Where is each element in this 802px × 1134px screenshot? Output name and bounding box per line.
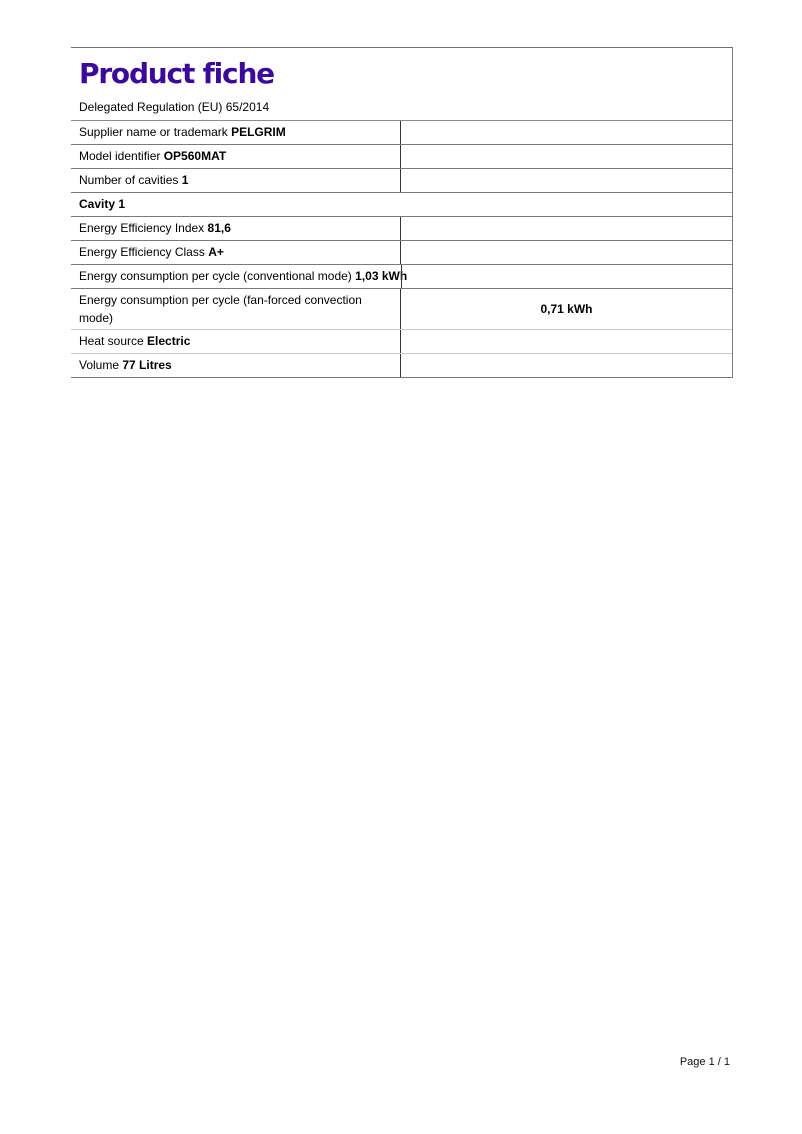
row-label: Energy consumption per cycle (fan-forced…	[71, 289, 401, 329]
row-eei: Energy Efficiency Index 81,6	[71, 217, 732, 241]
row-right-cell	[401, 217, 732, 240]
row-right-cell	[401, 169, 732, 192]
fiche-header: Product fiche Delegated Regulation (EU) …	[71, 48, 732, 121]
row-heat-source: Heat source Electric	[71, 330, 732, 354]
row-conventional: Energy consumption per cycle (convention…	[71, 265, 732, 289]
page-title: Product fiche	[79, 56, 724, 92]
row-label: Energy Efficiency Class	[79, 245, 205, 259]
conventional-value: 1,03 kWh	[355, 269, 407, 283]
row-supplier: Supplier name or trademark PELGRIM	[71, 121, 732, 145]
row-volume: Volume 77 Litres	[71, 354, 732, 378]
row-right-cell	[401, 241, 732, 264]
supplier-value: PELGRIM	[231, 125, 286, 139]
row-right-cell	[401, 330, 732, 353]
heat-source-value: Electric	[147, 334, 190, 348]
row-energy-class: Energy Efficiency Class A+	[71, 241, 732, 265]
row-cavity-heading: Cavity 1	[71, 193, 732, 217]
volume-value: 77 Litres	[122, 358, 171, 372]
energy-class-value: A+	[208, 245, 224, 259]
row-label: Energy consumption per cycle (convention…	[79, 269, 352, 283]
cavity-heading: Cavity 1	[79, 197, 125, 211]
cavities-value: 1	[182, 173, 189, 187]
row-label: Energy Efficiency Index	[79, 221, 204, 235]
row-label: Model identifier	[79, 149, 160, 163]
row-label: Heat source	[79, 334, 144, 348]
row-label: Volume	[79, 358, 119, 372]
row-right-cell	[401, 354, 732, 377]
row-right-cell	[401, 145, 732, 168]
row-cavities: Number of cavities 1	[71, 169, 732, 193]
regulation-subtitle: Delegated Regulation (EU) 65/2014	[79, 100, 724, 114]
model-value: OP560MAT	[164, 149, 226, 163]
row-fan-forced: Energy consumption per cycle (fan-forced…	[71, 289, 732, 330]
page-number: Page 1 / 1	[680, 1056, 730, 1068]
row-model: Model identifier OP560MAT	[71, 145, 732, 169]
eei-value: 81,6	[208, 221, 231, 235]
column-divider	[401, 265, 402, 288]
product-fiche-table: Product fiche Delegated Regulation (EU) …	[71, 47, 733, 378]
row-right-cell	[401, 121, 732, 144]
row-label: Supplier name or trademark	[79, 125, 228, 139]
fan-forced-value: 0,71 kWh	[401, 289, 732, 329]
row-label: Number of cavities	[79, 173, 178, 187]
